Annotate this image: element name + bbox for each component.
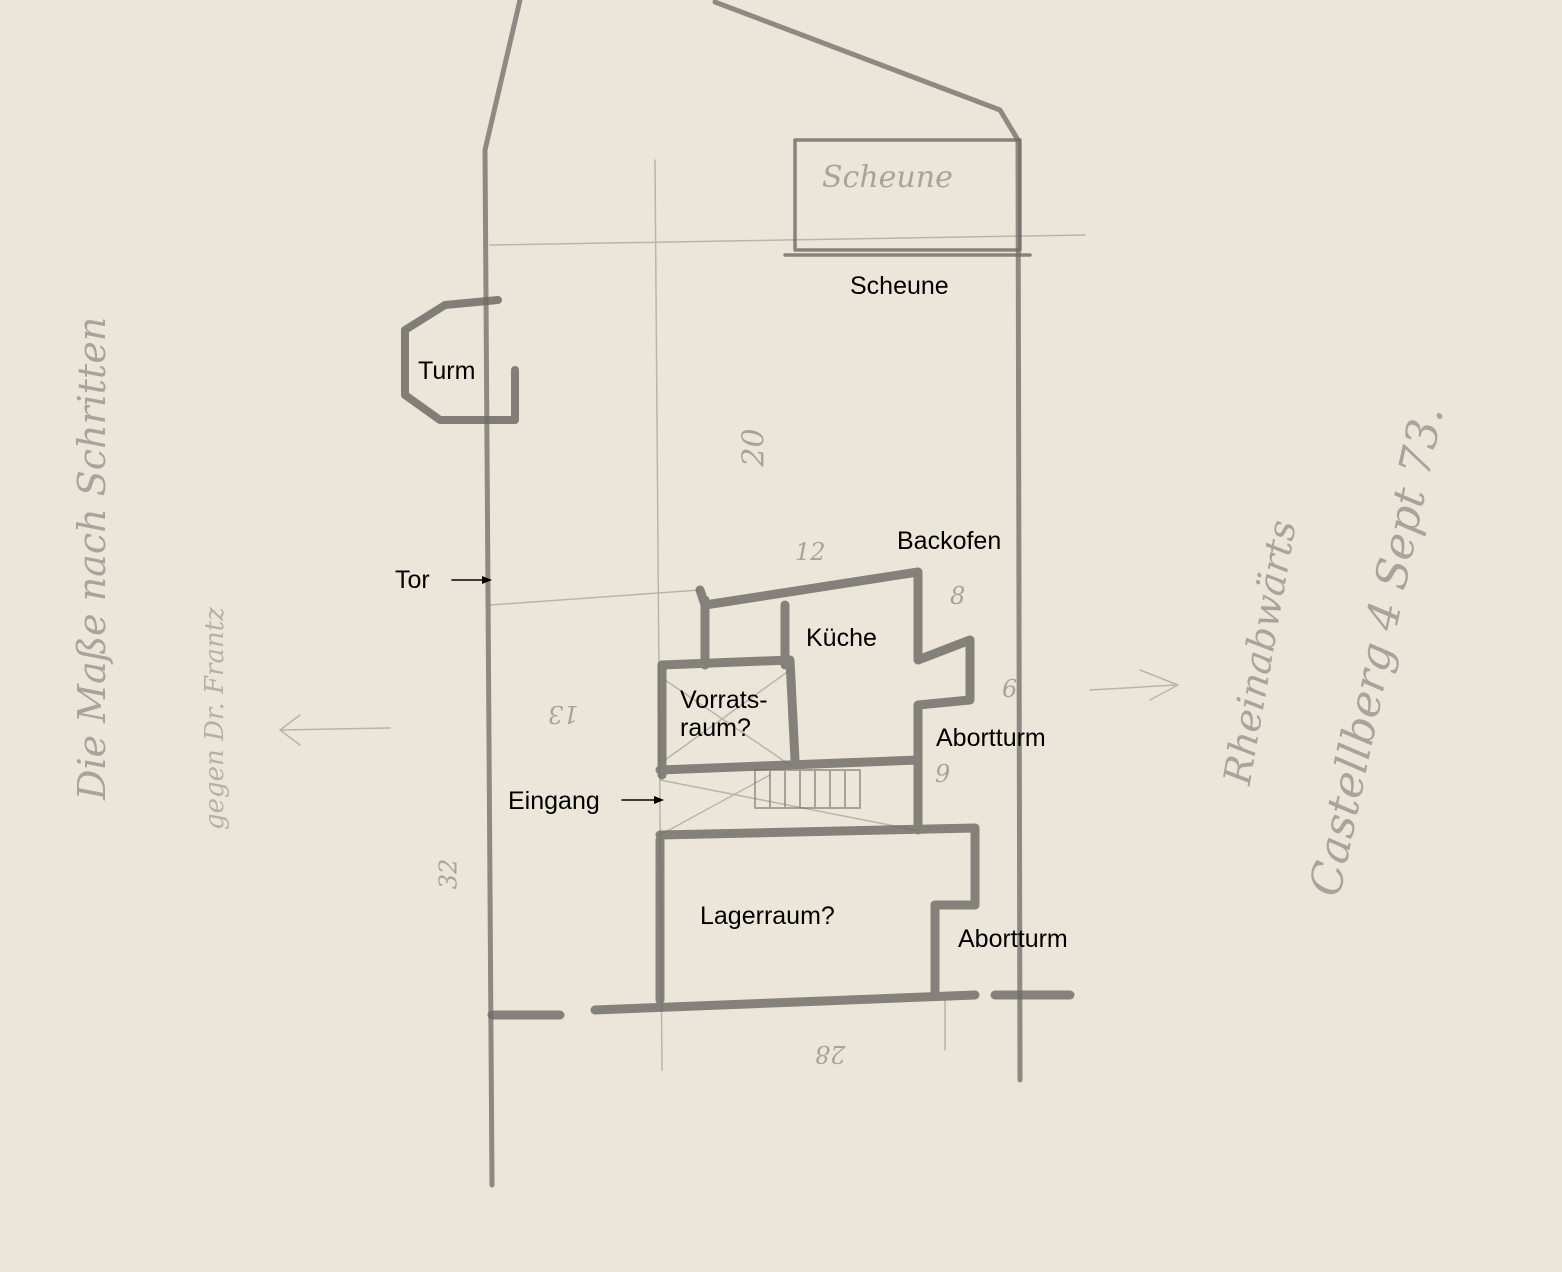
label-vorratsraum-line1: Vorrats- xyxy=(680,686,768,714)
label-eingang: Eingang xyxy=(508,787,600,815)
dimension-13: 13 xyxy=(548,700,579,728)
dimension-12: 12 xyxy=(795,538,826,566)
dimension-9: 9 xyxy=(935,760,950,788)
label-abortturm-upper: Abortturm xyxy=(936,724,1046,752)
dimension-28: 28 xyxy=(815,1040,846,1068)
floor-plan-drawing xyxy=(0,0,1562,1272)
dimension-6: 6 xyxy=(1002,675,1017,703)
dimension-8: 8 xyxy=(950,582,965,610)
dimension-20: 20 xyxy=(737,428,772,466)
label-tor: Tor xyxy=(395,566,430,594)
label-backofen: Backofen xyxy=(897,527,1001,555)
label-kueche: Küche xyxy=(806,624,877,652)
handwriting-scheune: Scheune xyxy=(822,160,953,195)
handwriting-left-note-2: gegen Dr. Frantz xyxy=(200,607,230,830)
label-abortturm-lower: Abortturm xyxy=(958,925,1068,953)
dimension-32: 32 xyxy=(434,859,462,890)
label-turm: Turm xyxy=(418,357,475,385)
handwriting-left-note-1: Die Maße nach Schritten xyxy=(70,317,114,800)
label-vorratsraum-line2: raum? xyxy=(680,714,768,742)
label-scheune: Scheune xyxy=(850,272,949,300)
label-lagerraum: Lagerraum? xyxy=(700,902,835,930)
label-vorratsraum: Vorrats- raum? xyxy=(680,686,768,742)
